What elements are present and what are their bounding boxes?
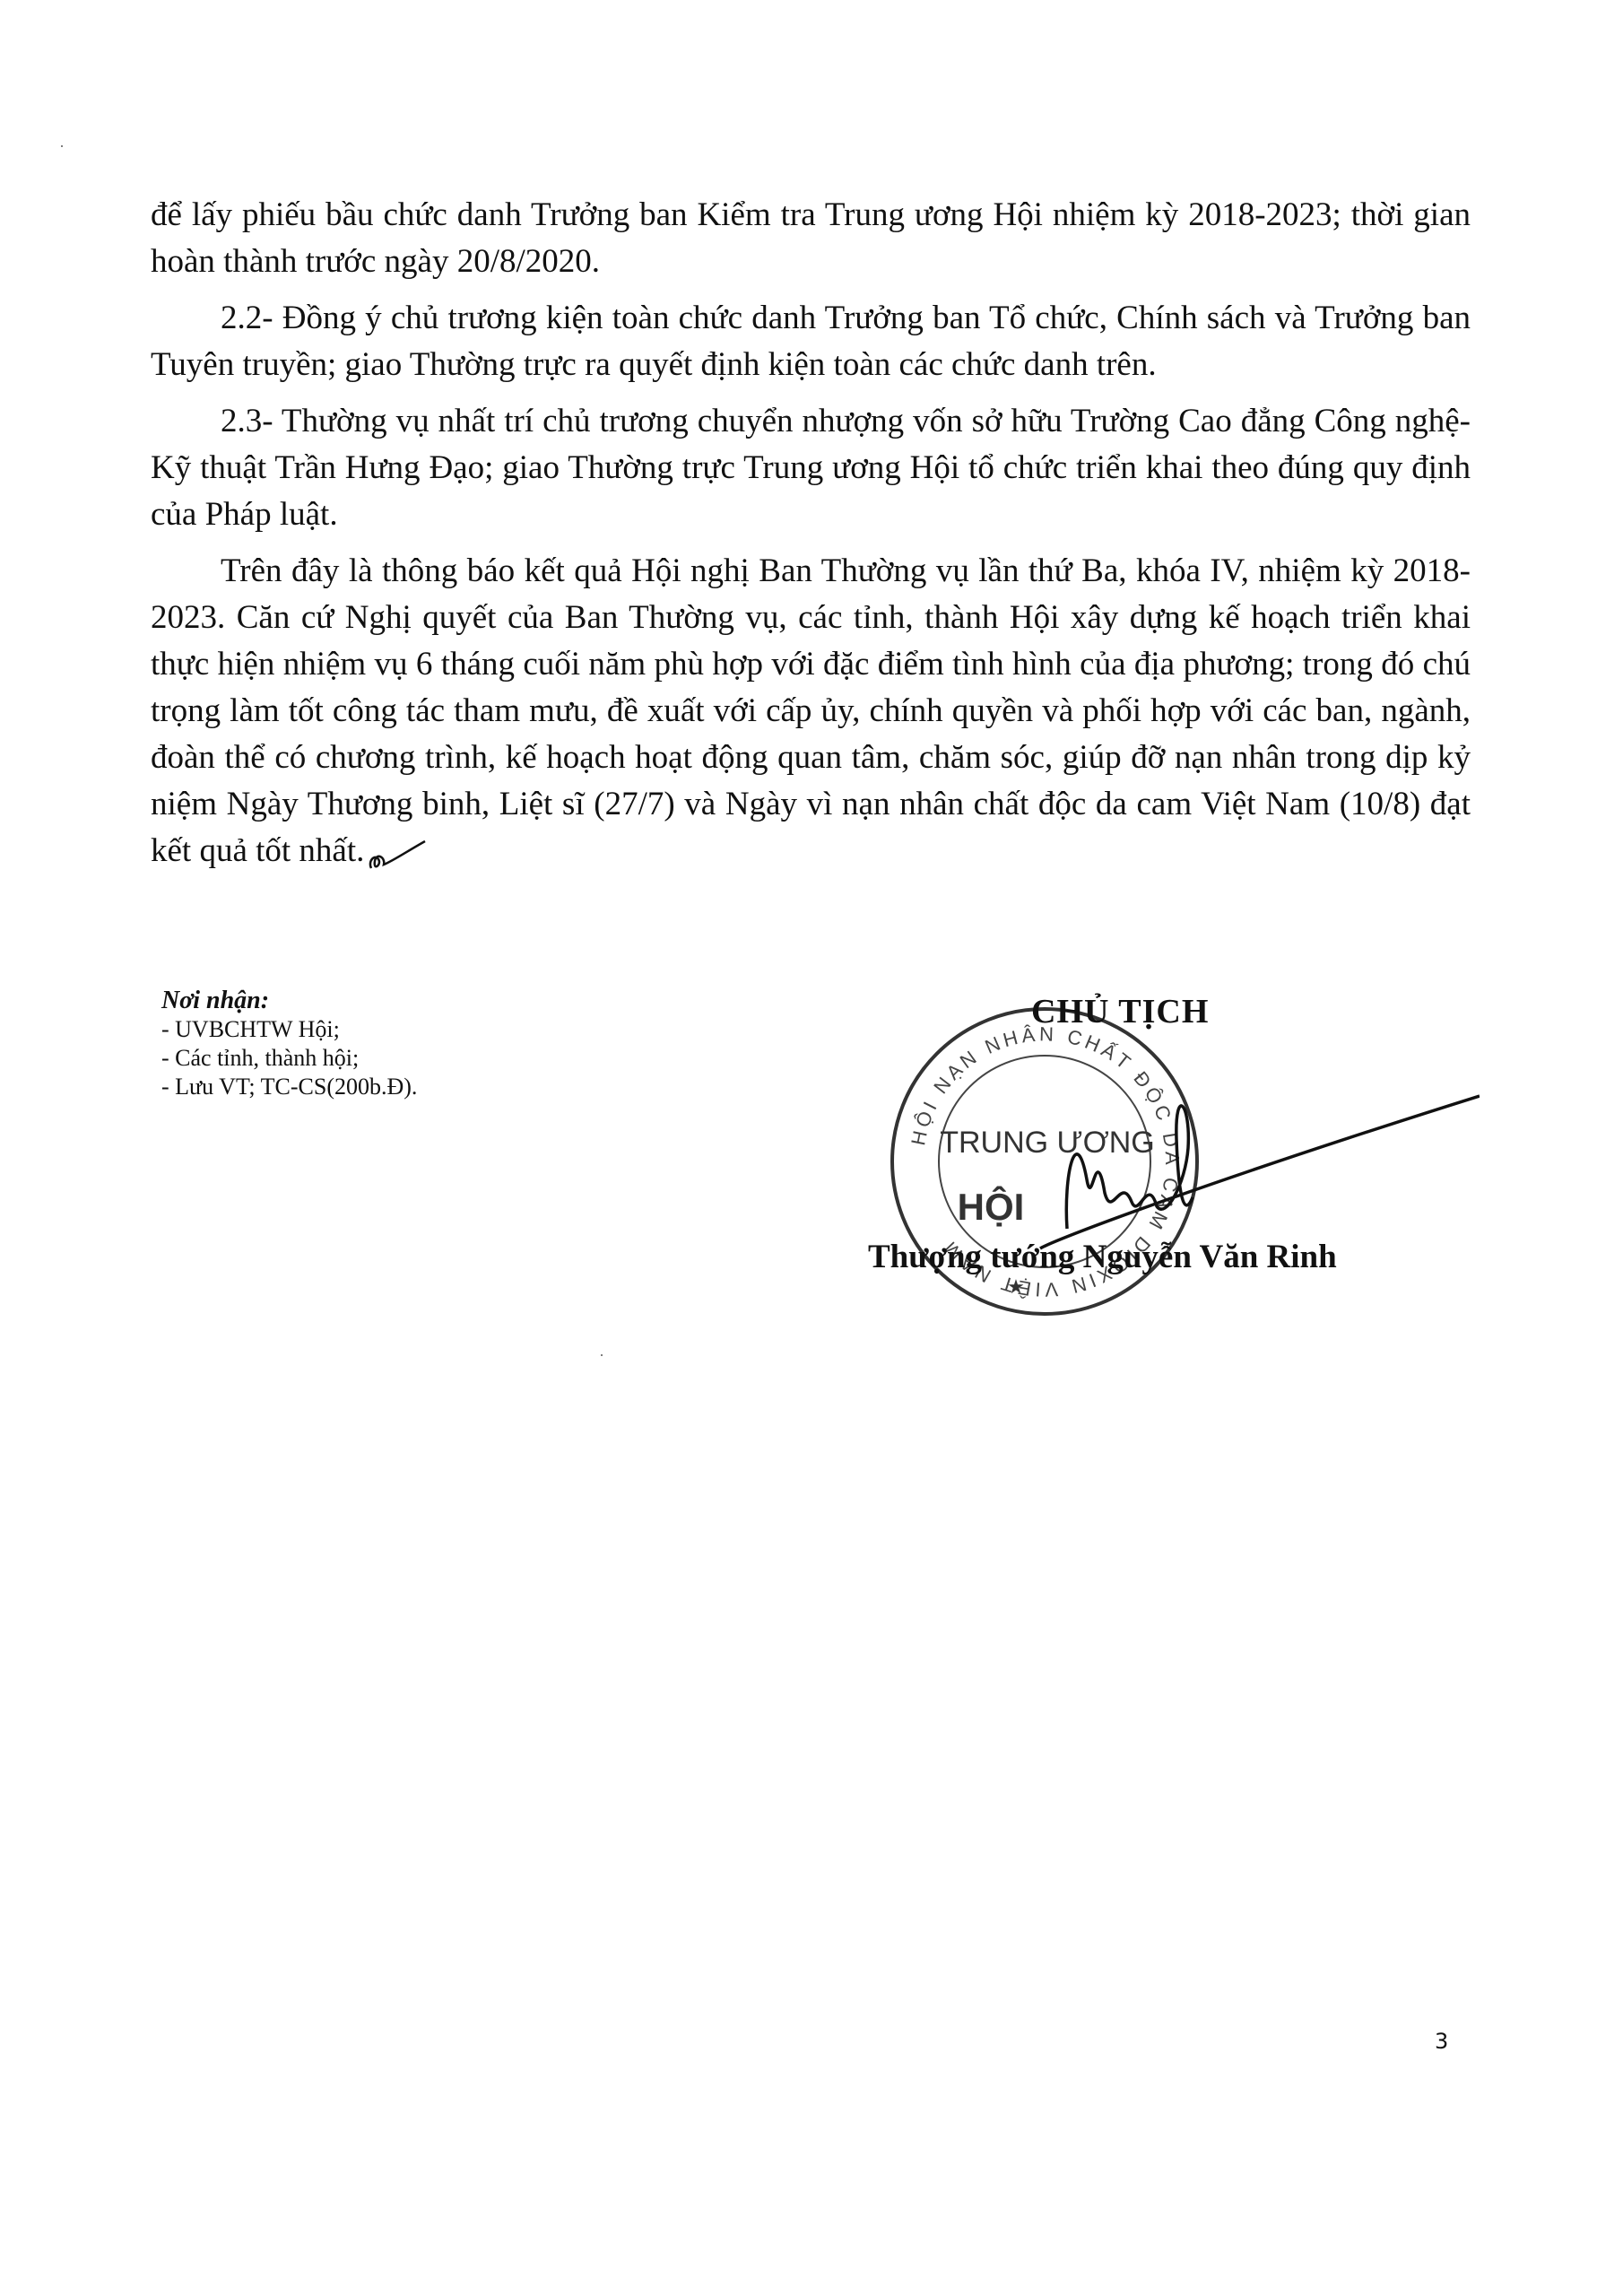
signature-block: HỘI NẠN NHÂN CHẤT ĐỘC DA CAM DIOXIN VIỆT…	[852, 969, 1480, 1327]
paragraph-continuation: để lấy phiếu bầu chức danh Trưởng ban Ki…	[151, 192, 1471, 285]
recipients-title: Nơi nhận:	[161, 987, 417, 1015]
page-number: 3	[1435, 2029, 1448, 2054]
recipient-item: - UVBCHTW Hội;	[161, 1015, 417, 1044]
svg-text:HỘI: HỘI	[958, 1185, 1025, 1228]
paragraph-2-3: 2.3- Thường vụ nhất trí chủ trương chuyể…	[151, 398, 1471, 538]
paragraph-2-2: 2.2- Đồng ý chủ trương kiện toàn chức da…	[151, 295, 1471, 388]
svg-text:★: ★	[1007, 1275, 1025, 1298]
recipients-block: Nơi nhận: - UVBCHTW Hội; - Các tỉnh, thà…	[161, 987, 417, 1101]
svg-text:TRUNG ƯƠNG: TRUNG ƯƠNG	[940, 1126, 1155, 1160]
conclusion-text: Trên đây là thông báo kết quả Hội nghị B…	[151, 552, 1471, 869]
document-page: để lấy phiếu bầu chức danh Trưởng ban Ki…	[0, 0, 1623, 2296]
signer-name: Thượng tướng Nguyễn Văn Rinh	[868, 1238, 1337, 1276]
paragraph-conclusion: Trên đây là thông báo kết quả Hội nghị B…	[151, 548, 1471, 875]
signer-position: CHỦ TỊCH	[1031, 992, 1209, 1031]
initials-mark-icon	[366, 834, 429, 875]
scan-speck	[601, 1354, 603, 1356]
scan-speck	[61, 145, 63, 147]
document-body: để lấy phiếu bầu chức danh Trưởng ban Ki…	[151, 192, 1471, 885]
recipient-item: - Lưu VT; TC-CS(200b.Đ).	[161, 1073, 417, 1101]
recipient-item: - Các tỉnh, thành hội;	[161, 1044, 417, 1073]
